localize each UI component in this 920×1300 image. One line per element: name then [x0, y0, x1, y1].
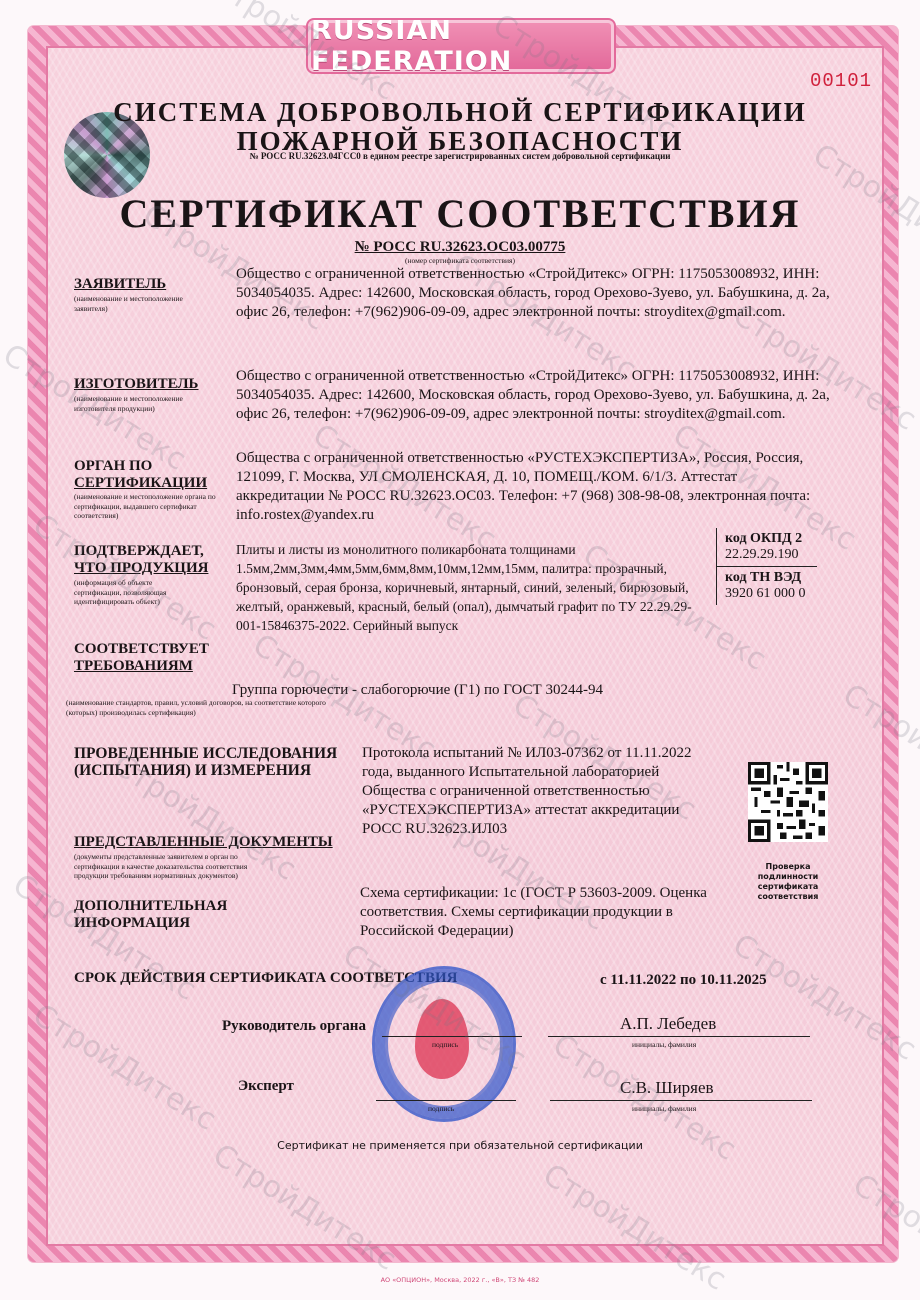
additional-value: Схема сертификации: 1с (ГОСТ Р 53603-200… — [360, 884, 710, 941]
tnved-value: 3920 61 000 0 — [725, 586, 809, 602]
flame-drop-icon — [415, 999, 469, 1079]
certificate-number-hint: (номер сертификата соответствия) — [0, 256, 920, 265]
okpd-label: код ОКПД 2 — [725, 531, 809, 547]
qr-code[interactable] — [748, 762, 828, 842]
tests-label: ПРОВЕДЕННЫЕ ИССЛЕДОВАНИЯ (ИСПЫТАНИЯ) И И… — [74, 745, 337, 779]
certification-body-label: ОРГАН ПО СЕРТИФИКАЦИИ — [74, 458, 207, 492]
product-hint: (информация об объекте сертификации, поз… — [74, 578, 194, 607]
expert-name-hint: инициалы, фамилия — [632, 1104, 696, 1113]
country-banner: RUSSIAN FEDERATION — [308, 20, 614, 72]
expert-name-line — [550, 1100, 812, 1101]
validity-period: с 11.11.2022 по 10.11.2025 — [600, 972, 767, 989]
manufacturer-label: ИЗГОТОВИТЕЛЬ — [74, 376, 198, 393]
additional-label: ДОПОЛНИТЕЛЬНАЯ ИНФОРМАЦИЯ — [74, 898, 227, 932]
certification-body-value: Общества с ограниченной ответственностью… — [236, 449, 826, 525]
expert-signature-line — [376, 1100, 516, 1101]
system-title: СИСТЕМА ДОБРОВОЛЬНОЙ СЕРТИФИКАЦИИ ПОЖАРН… — [0, 98, 920, 156]
head-signature-hint: подпись — [432, 1040, 458, 1049]
certificate-title: СЕРТИФИКАТ СООТВЕТСТВИЯ — [0, 190, 920, 237]
okpd-value: 22.29.29.190 — [725, 547, 809, 563]
system-title-line1: СИСТЕМА ДОБРОВОЛЬНОЙ СЕРТИФИКАЦИИ — [0, 98, 920, 127]
qr-caption: Проверка подлинности сертификата соответ… — [742, 862, 834, 902]
product-value: Плиты и листы из монолитного поликарбона… — [236, 540, 706, 635]
form-serial-number: 00101 — [810, 70, 872, 92]
documents-label: ПРЕДСТАВЛЕННЫЕ ДОКУМЕНТЫ — [74, 834, 333, 851]
disclaimer: Сертификат не применяется при обязательн… — [0, 1139, 920, 1152]
product-label: ПОДТВЕРЖДАЕТ, ЧТО ПРОДУКЦИЯ — [74, 543, 208, 577]
head-name: А.П. Лебедев — [620, 1014, 716, 1034]
documents-hint: (документы представленные заявителем в о… — [74, 852, 279, 881]
applicant-value: Общество с ограниченной ответственностью… — [236, 265, 856, 322]
head-name-line — [548, 1036, 810, 1037]
manufacturer-value: Общество с ограниченной ответственностью… — [236, 367, 856, 424]
manufacturer-hint: (наименование и местоположение изготовит… — [74, 394, 214, 413]
requirements-hint: (наименование стандартов, правил, услови… — [66, 698, 356, 717]
head-role: Руководитель органа — [222, 1018, 366, 1035]
certification-body-hint: (наименование и местоположение органа по… — [74, 492, 234, 521]
expert-signature-hint: подпись — [428, 1104, 454, 1113]
certificate-number: № РОСС RU.32623.ОС03.00775 — [0, 239, 920, 256]
head-name-hint: инициалы, фамилия — [632, 1040, 696, 1049]
product-codes: код ОКПД 2 22.29.29.190 код ТН ВЭД 3920 … — [716, 528, 817, 605]
expert-role: Эксперт — [238, 1078, 294, 1095]
head-signature-line — [382, 1036, 522, 1037]
tnved-label: код ТН ВЭД — [725, 570, 809, 586]
applicant-label: ЗАЯВИТЕЛЬ — [74, 276, 166, 293]
requirements-label: СООТВЕТСТВУЕТ ТРЕБОВАНИЯМ — [74, 641, 209, 675]
printer-imprint: АО «ОПЦИОН», Москва, 2022 г., «В», ТЗ № … — [0, 1276, 920, 1284]
registry-note: № РОСС RU.32623.04ГСС0 в едином реестре … — [0, 151, 920, 161]
applicant-hint: (наименование и местоположение заявителя… — [74, 294, 214, 313]
expert-name: С.В. Ширяев — [620, 1078, 714, 1098]
tests-value: Протокола испытаний № ИЛ03-07362 от 11.1… — [362, 744, 702, 839]
